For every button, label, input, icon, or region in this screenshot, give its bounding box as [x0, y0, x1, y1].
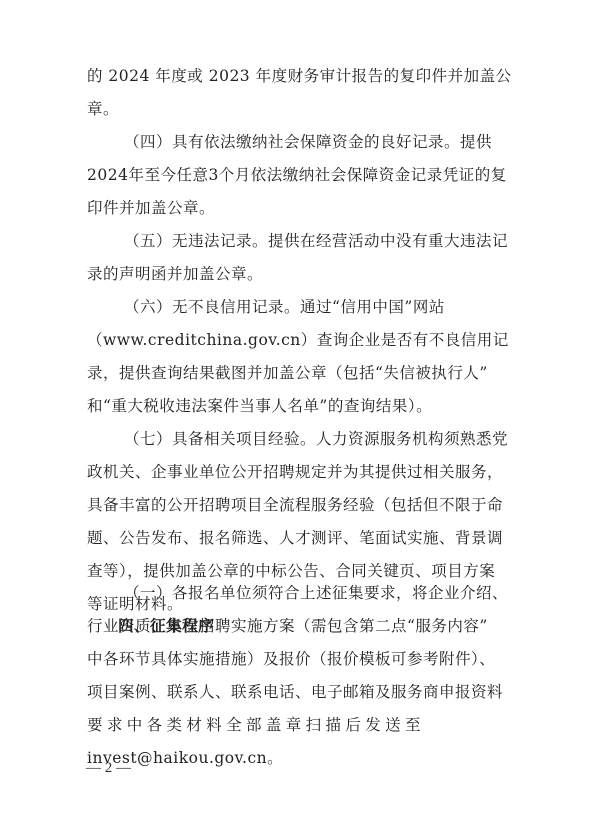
text-line: 印件并加盖公章。: [87, 197, 421, 219]
text-line: 录，提供查询结果截图并加盖公章（包括“失信被执行人”: [87, 362, 421, 384]
text-line: （五）无违法记录。提供在经营活动中没有重大违法记: [124, 230, 421, 252]
document-page: 的 2024 年度或 2023 年度财务审计报告的复印件并加盖公章。（四）具有依…: [0, 0, 592, 823]
text-line: 查等），提供加盖公章的中标公告、合同关键页、项目方案: [87, 560, 421, 582]
text-line: 中各环节具体实施措施）及报价（报价模板可参考附件）、: [87, 648, 421, 670]
text-line: invest@haikou.gov.cn。: [87, 747, 421, 769]
text-line: 2024年至今任意3个月依法缴纳社会保障资金记录凭证的复: [87, 164, 421, 186]
text-line: 行业资质、本次招聘实施方案（需包含第二点“服务内容”: [87, 615, 421, 637]
text-line: （六）无不良信用记录。通过“信用中国”网站: [124, 296, 421, 318]
text-line: 的 2024 年度或 2023 年度财务审计报告的复印件并加盖公: [87, 65, 421, 87]
text-line: （四）具有依法缴纳社会保障资金的良好记录。提供: [124, 131, 421, 153]
text-line: 要求中各类材料全部盖章扫描后发送至: [87, 714, 421, 736]
text-line: 录的声明函并加盖公章。: [87, 263, 421, 285]
text-line: 章。: [87, 98, 421, 120]
text-line: 具备丰富的公开招聘项目全流程服务经验（包括但不限于命: [87, 494, 421, 516]
text-line: （www.creditchina.gov.cn）查询企业是否有不良信用记: [87, 329, 421, 351]
text-line: （一）各报名单位须符合上述征集要求，将企业介绍、: [124, 582, 421, 604]
page-number: — 2 —: [86, 760, 131, 777]
text-line: 题、公告发布、报名筛选、人才测评、笔面试实施、背景调: [87, 527, 421, 549]
text-line: （七）具备相关项目经验。人力资源服务机构须熟悉党: [124, 428, 421, 450]
text-line: 政机关、企事业单位公开招聘规定并为其提供过相关服务，: [87, 461, 421, 483]
text-line: 和“重大税收违法案件当事人名单”的查询结果）。: [87, 395, 421, 417]
text-line: 项目案例、联系人、联系电话、电子邮箱及服务商申报资料: [87, 681, 421, 703]
